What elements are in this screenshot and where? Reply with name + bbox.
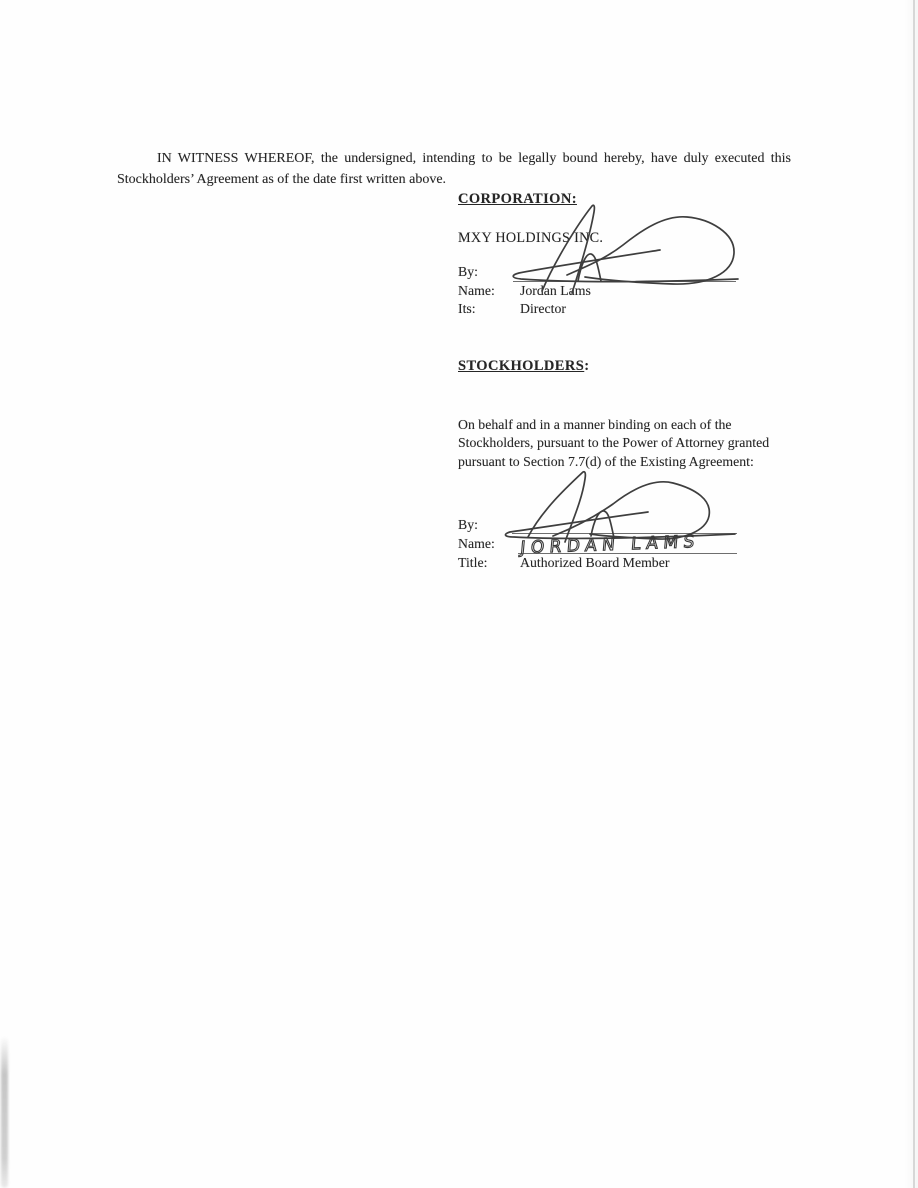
handwritten-name-text: JORDAN LAMS — [518, 532, 697, 558]
document-page: IN WITNESS WHEREOF, the undersigned, int… — [0, 0, 918, 1188]
corporation-name-label: Name: — [458, 282, 495, 301]
stockholders-title-label: Title: — [458, 554, 487, 573]
scan-bottom-left-smudge — [1, 1036, 8, 1188]
corporation-signature-scrawl-icon — [505, 193, 755, 305]
corporation-by-label: By: — [458, 263, 478, 282]
scan-right-edge-line — [913, 0, 915, 1188]
stockholders-heading-colon: : — [584, 358, 589, 374]
intro-paragraph: IN WITNESS WHEREOF, the undersigned, int… — [117, 148, 791, 190]
stockholders-heading-word: STOCKHOLDERS — [458, 358, 584, 374]
scan-right-band — [904, 0, 918, 1188]
handwritten-name: JORDAN LAMS — [516, 531, 708, 557]
corporation-its-label: Its: — [458, 300, 476, 319]
stockholders-by-label: By: — [458, 516, 478, 535]
stockholders-name-label: Name: — [458, 535, 495, 554]
stockholders-heading: STOCKHOLDERS: — [458, 357, 589, 376]
